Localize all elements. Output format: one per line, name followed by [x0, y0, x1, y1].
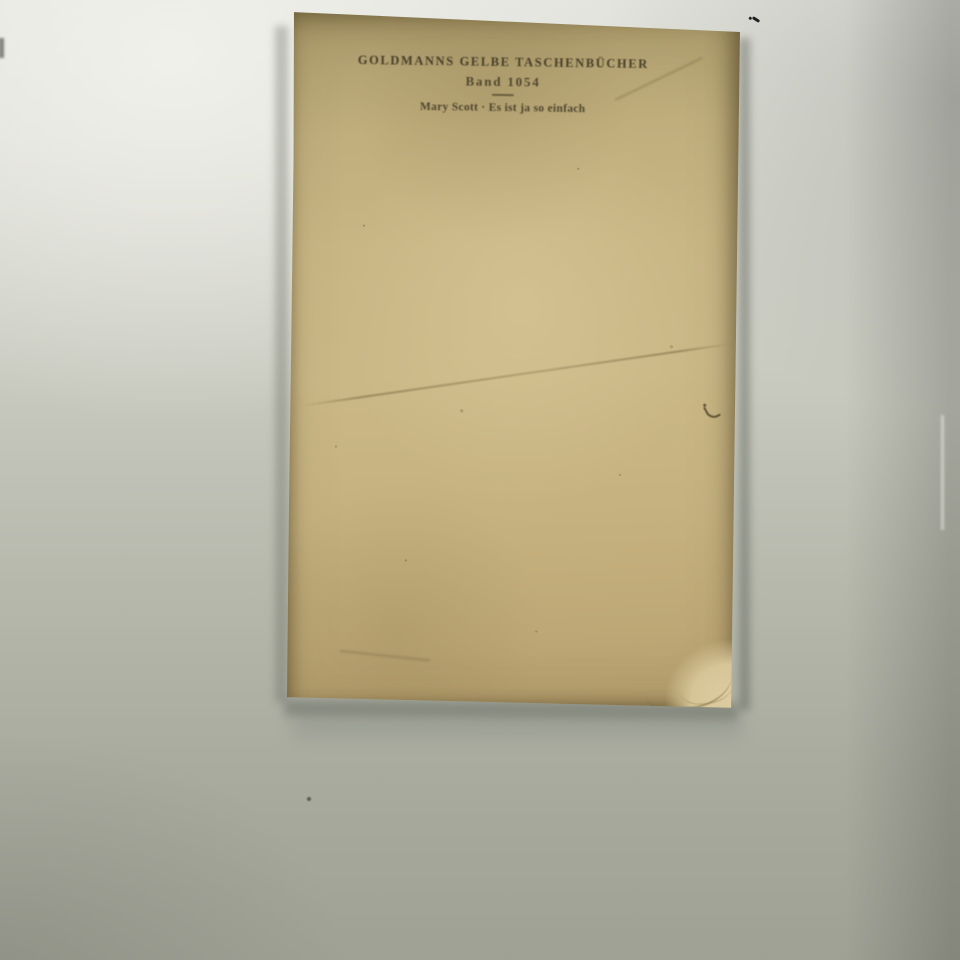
light-streak [941, 415, 944, 530]
dust-speck [752, 16, 760, 23]
dust-speck [307, 797, 311, 801]
book-shadow-left [275, 26, 288, 702]
cover-text-block: GOLDMANNS GELBE TASCHENBÜCHER Band 1054 … [270, 52, 737, 119]
book-cover: GOLDMANNS GELBE TASCHENBÜCHER Band 1054 … [280, 5, 746, 717]
worn-corner [648, 633, 740, 713]
edge-smudge [0, 38, 4, 58]
photo-of-book: GOLDMANNS GELBE TASCHENBÜCHER Band 1054 … [0, 0, 960, 960]
divider-rule [492, 94, 514, 96]
book-shadow-right [739, 38, 750, 710]
